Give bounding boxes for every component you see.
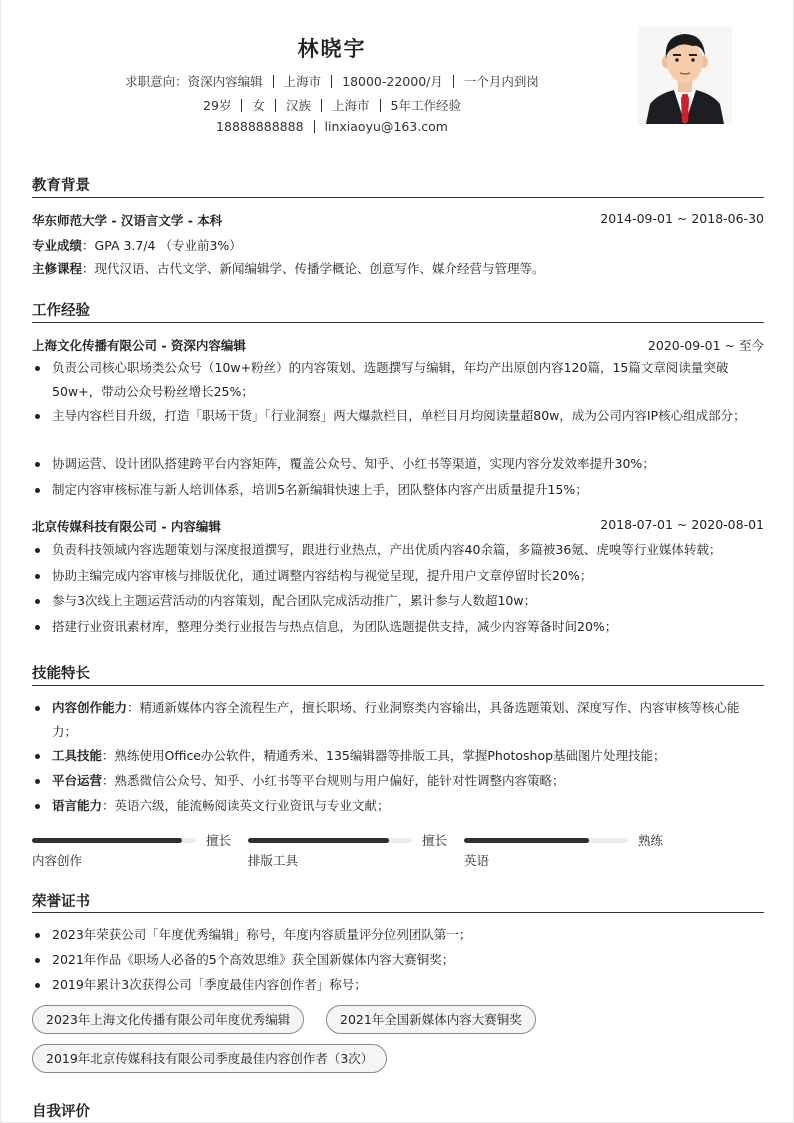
skill-bar-content-creation: 擅长 内容创作 (32, 831, 232, 871)
skill-name: 排版工具 (248, 851, 298, 869)
honor-bullet: 2019年累计3次获得公司「季度最佳内容创作者」称号； (32, 973, 764, 997)
divider (241, 99, 242, 112)
job-bullet: 协调运营、设计团队搭建跨平台内容矩阵，覆盖公众号、知乎、小红书等渠道，实现内容分… (32, 452, 764, 476)
gender: 女 (252, 98, 265, 113)
divider (314, 120, 315, 133)
skill-label: 平台运营 (52, 773, 102, 788)
job-intent: 求职意向：资深内容编辑 (125, 74, 263, 89)
job-bullet: 协助主编完成内容审核与排版优化，通过调整内容结构与视觉呈现，提升用户文章停留时长… (32, 564, 764, 588)
job-bullet: 负责科技领域内容选题策划与深度报道撰写，跟进行业热点，产出优质内容40余篇，多篇… (32, 538, 764, 562)
honor-badge: 2021年全国新媒体内容大赛铜奖 (326, 1005, 536, 1034)
skill-bar-track (248, 838, 412, 843)
skill-bar-fill (248, 838, 389, 843)
skill-bullet: 平台运营：熟悉微信公众号、知乎、小红书等平台规则与用户偏好，能针对性调整内容策略… (32, 769, 764, 793)
skill-name: 内容创作 (32, 851, 82, 869)
job-heading: 上海文化传播有限公司 - 资深内容编辑 2020-09-01 ~ 至今 (32, 336, 764, 354)
job-bullet: 主导内容栏目升级，打造「职场干货」「行业洞察」两大爆款栏目，单栏目月均阅读量超8… (32, 404, 764, 428)
skill-bar-layout-tools: 擅长 排版工具 (248, 831, 448, 871)
avatar (638, 26, 732, 124)
score-value: ：GPA 3.7/4 （专业前3%） (82, 238, 242, 253)
education-score: 专业成绩：GPA 3.7/4 （专业前3%） (32, 236, 764, 254)
divider (275, 99, 276, 112)
job-heading: 北京传媒科技有限公司 - 内容编辑 2018-07-01 ~ 2020-08-0… (32, 517, 764, 535)
job-bullet: 参与3次线上主题运营活动的内容策划，配合团队完成活动推广，累计参与人数超10w； (32, 589, 764, 613)
school-degree: 华东师范大学 - 汉语言文学 - 本科 (32, 213, 222, 228)
job-bullet: 搭建行业资讯素材库，整理分类行业报告与热点信息，为团队选题提供支持，减少内容筹备… (32, 615, 764, 639)
avatar-illustration (638, 26, 732, 124)
skill-bar-track (464, 838, 628, 843)
job-bullet: 负责公司核心职场类公众号（10w+粉丝）的内容策划、选题撰写与编辑，年均产出原创… (32, 356, 764, 404)
availability: 一个月内到岗 (464, 74, 539, 89)
section-divider (32, 685, 764, 686)
section-title-education: 教育背景 (32, 174, 90, 195)
age: 29岁 (203, 98, 231, 113)
experience-years: 5年工作经验 (391, 98, 461, 113)
divider (321, 99, 322, 112)
job-dates: 2020-09-01 ~ 至今 (648, 336, 764, 354)
job-intent-line: 求职意向：资深内容编辑上海市18000-22000/月一个月内到岗 (32, 72, 632, 90)
section-divider (32, 912, 764, 913)
section-divider (32, 197, 764, 198)
job-company-title: 北京传媒科技有限公司 - 内容编辑 (32, 519, 221, 534)
section-title-self-evaluation: 自我评价 (32, 1100, 90, 1121)
skill-name: 英语 (464, 851, 489, 869)
skill-bullet: 工具技能：熟练使用Office办公软件，精通秀米、135编辑器等排版工具，掌握P… (32, 744, 764, 768)
section-divider (32, 322, 764, 323)
job-dates: 2018-07-01 ~ 2020-08-01 (600, 517, 764, 532)
skill-label: 内容创作能力 (52, 700, 127, 715)
divider (331, 75, 332, 88)
section-title-work: 工作经验 (32, 299, 90, 320)
skill-bullet: 内容创作能力：精通新媒体内容全流程生产，擅长职场、行业洞察类内容输出，具备选题策… (32, 696, 764, 744)
city: 上海市 (332, 98, 370, 113)
email[interactable]: linxiaoyu@163.com (325, 119, 448, 134)
honor-bullet: 2023年荣获公司「年度优秀编辑」称号，年度内容质量评分位列团队第一； (32, 923, 764, 947)
intent-city: 上海市 (284, 74, 322, 89)
expected-salary: 18000-22000/月 (342, 74, 443, 89)
skill-label: 工具技能 (52, 748, 102, 763)
personal-info-line: 29岁女汉族上海市5年工作经验 (32, 96, 632, 114)
skill-text: ：英语六级，能流畅阅读英文行业资讯与专业文献； (102, 798, 390, 813)
contact-line: 18888888888linxiaoyu@163.com (32, 119, 632, 134)
honor-badge: 2019年北京传媒科技有限公司季度最佳内容创作者（3次） (32, 1044, 387, 1073)
divider (273, 75, 274, 88)
section-title-skills: 技能特长 (32, 662, 90, 683)
resume-header: 林晓宇 求职意向：资深内容编辑上海市18000-22000/月一个月内到岗 29… (32, 30, 764, 140)
score-label: 专业成绩 (32, 238, 82, 253)
skill-bar-track (32, 838, 196, 843)
education-courses: 主修课程：现代汉语、古代文学、新闻编辑学、传播学概论、创意写作、媒介经营与管理等… (32, 259, 764, 277)
skill-level: 熟练 (638, 831, 663, 849)
skill-bullet: 语言能力：英语六级，能流畅阅读英文行业资讯与专业文献； (32, 794, 764, 818)
honor-badge: 2023年上海文化传播有限公司年度优秀编辑 (32, 1005, 304, 1034)
courses-label: 主修课程 (32, 261, 82, 276)
skill-level: 擅长 (206, 831, 231, 849)
honor-bullet: 2021年作品《职场人必备的5个高效思维》获全国新媒体内容大赛铜奖； (32, 948, 764, 972)
candidate-name: 林晓宇 (32, 33, 632, 63)
skill-bar-fill (32, 838, 182, 843)
skill-text: ：精通新媒体内容全流程生产，擅长职场、行业洞察类内容输出，具备选题策划、深度写作… (52, 700, 740, 739)
skill-bar-fill (464, 838, 589, 843)
phone[interactable]: 18888888888 (216, 119, 303, 134)
courses-value: ：现代汉语、古代文学、新闻编辑学、传播学概论、创意写作、媒介经营与管理等。 (82, 261, 545, 276)
job-bullet: 制定内容审核标准与新人培训体系，培训5名新编辑快速上手，团队整体内容产出质量提升… (32, 478, 764, 502)
education-entry: 华东师范大学 - 汉语言文学 - 本科 2014-09-01 ~ 2018-06… (32, 211, 764, 229)
divider (380, 99, 381, 112)
job-company-title: 上海文化传播有限公司 - 资深内容编辑 (32, 338, 246, 353)
skill-bar-english: 熟练 英语 (464, 831, 664, 871)
section-title-honors: 荣誉证书 (32, 890, 90, 911)
divider (453, 75, 454, 88)
ethnicity: 汉族 (286, 98, 311, 113)
skill-text: ：熟悉微信公众号、知乎、小红书等平台规则与用户偏好，能针对性调整内容策略； (102, 773, 565, 788)
skill-level: 擅长 (422, 831, 447, 849)
skill-text: ：熟练使用Office办公软件，精通秀米、135编辑器等排版工具，掌握Photo… (102, 748, 666, 763)
education-dates: 2014-09-01 ~ 2018-06-30 (600, 211, 764, 226)
skill-label: 语言能力 (52, 798, 102, 813)
